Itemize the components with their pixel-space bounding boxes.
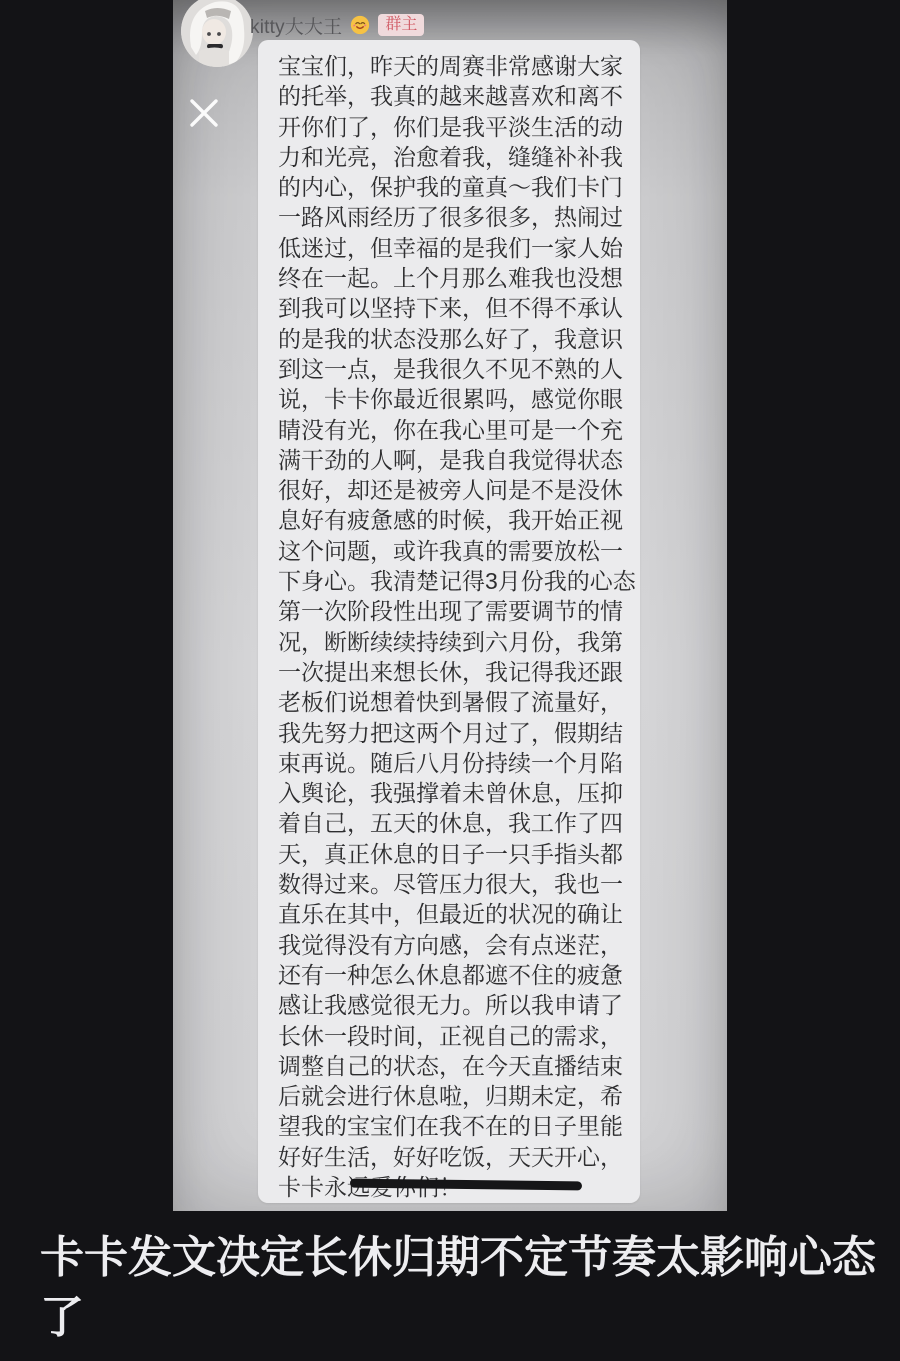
message-line: 后就会进行休息啦，归期未定，希 bbox=[278, 1081, 640, 1111]
message-line: 长休一段时间，正视自己的需求， bbox=[278, 1021, 640, 1051]
message-line: 一路风雨经历了很多很多，热闹过 bbox=[278, 202, 640, 232]
message-line: 的是我的状态没那么好了，我意识 bbox=[278, 324, 640, 354]
message-line: 这个问题，或许我真的需要放松一 bbox=[278, 536, 640, 566]
message-line: 很好，却还是被旁人问是不是没休 bbox=[278, 475, 640, 505]
message-line: 到我可以坚持下来，但不得不承认 bbox=[278, 293, 640, 323]
message-line: 终在一起。上个月那么难我也没想 bbox=[278, 263, 640, 293]
message-line: 一次提出来想长休，我记得我还跟 bbox=[278, 657, 640, 687]
message-line: 息好有疲惫感的时候，我开始正视 bbox=[278, 505, 640, 535]
message-line: 的内心，保护我的童真～我们卡门 bbox=[278, 172, 640, 202]
close-button[interactable] bbox=[186, 95, 222, 131]
message-line: 还有一种怎么休息都遮不住的疲惫 bbox=[278, 960, 640, 990]
sender-row: kitty大大王 群主 bbox=[250, 11, 424, 39]
message-line: 着自己，五天的休息，我工作了四 bbox=[278, 808, 640, 838]
message-line: 开你们了，你们是我平淡生活的动 bbox=[278, 112, 640, 142]
message-line: 直乐在其中，但最近的状况的确让 bbox=[278, 899, 640, 929]
message-line: 的托举，我真的越来越喜欢和离不 bbox=[278, 81, 640, 111]
message-line: 满干劲的人啊，是我自我觉得状态 bbox=[278, 445, 640, 475]
message-line: 下身心。我清楚记得3月份我的心态 bbox=[278, 566, 640, 596]
group-owner-badge: 群主 bbox=[378, 14, 424, 36]
message-line: 束再说。随后八月份持续一个月陷 bbox=[278, 748, 640, 778]
message-line: 我先努力把这两个月过了，假期结 bbox=[278, 718, 640, 748]
avatar-illustration bbox=[181, 0, 253, 67]
message-line: 睛没有光，你在我心里可是一个充 bbox=[278, 415, 640, 445]
sender-name: kitty大大王 bbox=[250, 12, 342, 39]
message-line: 感让我感觉很无力。所以我申请了 bbox=[278, 990, 640, 1020]
message-line: 天，真正休息的日子一只手指头都 bbox=[278, 839, 640, 869]
avatar bbox=[181, 0, 253, 67]
message-line: 第一次阶段性出现了需要调节的情 bbox=[278, 596, 640, 626]
message-line: 到这一点，是我很久不见不熟的人 bbox=[278, 354, 640, 384]
message-line: 我觉得没有方向感，会有点迷茫， bbox=[278, 930, 640, 960]
chat-screenshot: kitty大大王 群主 宝宝们，昨天的周赛非常感谢大家的托举，我真的越来越喜欢和… bbox=[173, 0, 727, 1211]
message-line: 调整自己的状态，在今天直播结束 bbox=[278, 1051, 640, 1081]
message-bubble: 宝宝们，昨天的周赛非常感谢大家的托举，我真的越来越喜欢和离不开你们了，你们是我平… bbox=[258, 40, 640, 1203]
close-icon bbox=[186, 95, 222, 131]
message-line: 数得过来。尽管压力很大，我也一 bbox=[278, 869, 640, 899]
message-line: 老板们说想着快到暑假了流量好， bbox=[278, 687, 640, 717]
message-line: 说，卡卡你最近很累吗，感觉你眼 bbox=[278, 384, 640, 414]
video-caption: 卡卡发文决定长休归期不定节奏太影响心态了 bbox=[40, 1228, 885, 1348]
message-line: 入舆论，我强撑着未曾休息，压抑 bbox=[278, 778, 640, 808]
message-line: 力和光亮，治愈着我，缝缝补补我 bbox=[278, 142, 640, 172]
message-line: 望我的宝宝们在我不在的日子里能 bbox=[278, 1111, 640, 1141]
message-line: 宝宝们，昨天的周赛非常感谢大家 bbox=[278, 51, 640, 81]
message-line: 好好生活，好好吃饭，天天开心， bbox=[278, 1142, 640, 1172]
message-line: 低迷过，但幸福的是我们一家人始 bbox=[278, 233, 640, 263]
hearts-face-emoji-icon bbox=[349, 14, 371, 36]
message-line: 况，断断续续持续到六月份，我第 bbox=[278, 627, 640, 657]
